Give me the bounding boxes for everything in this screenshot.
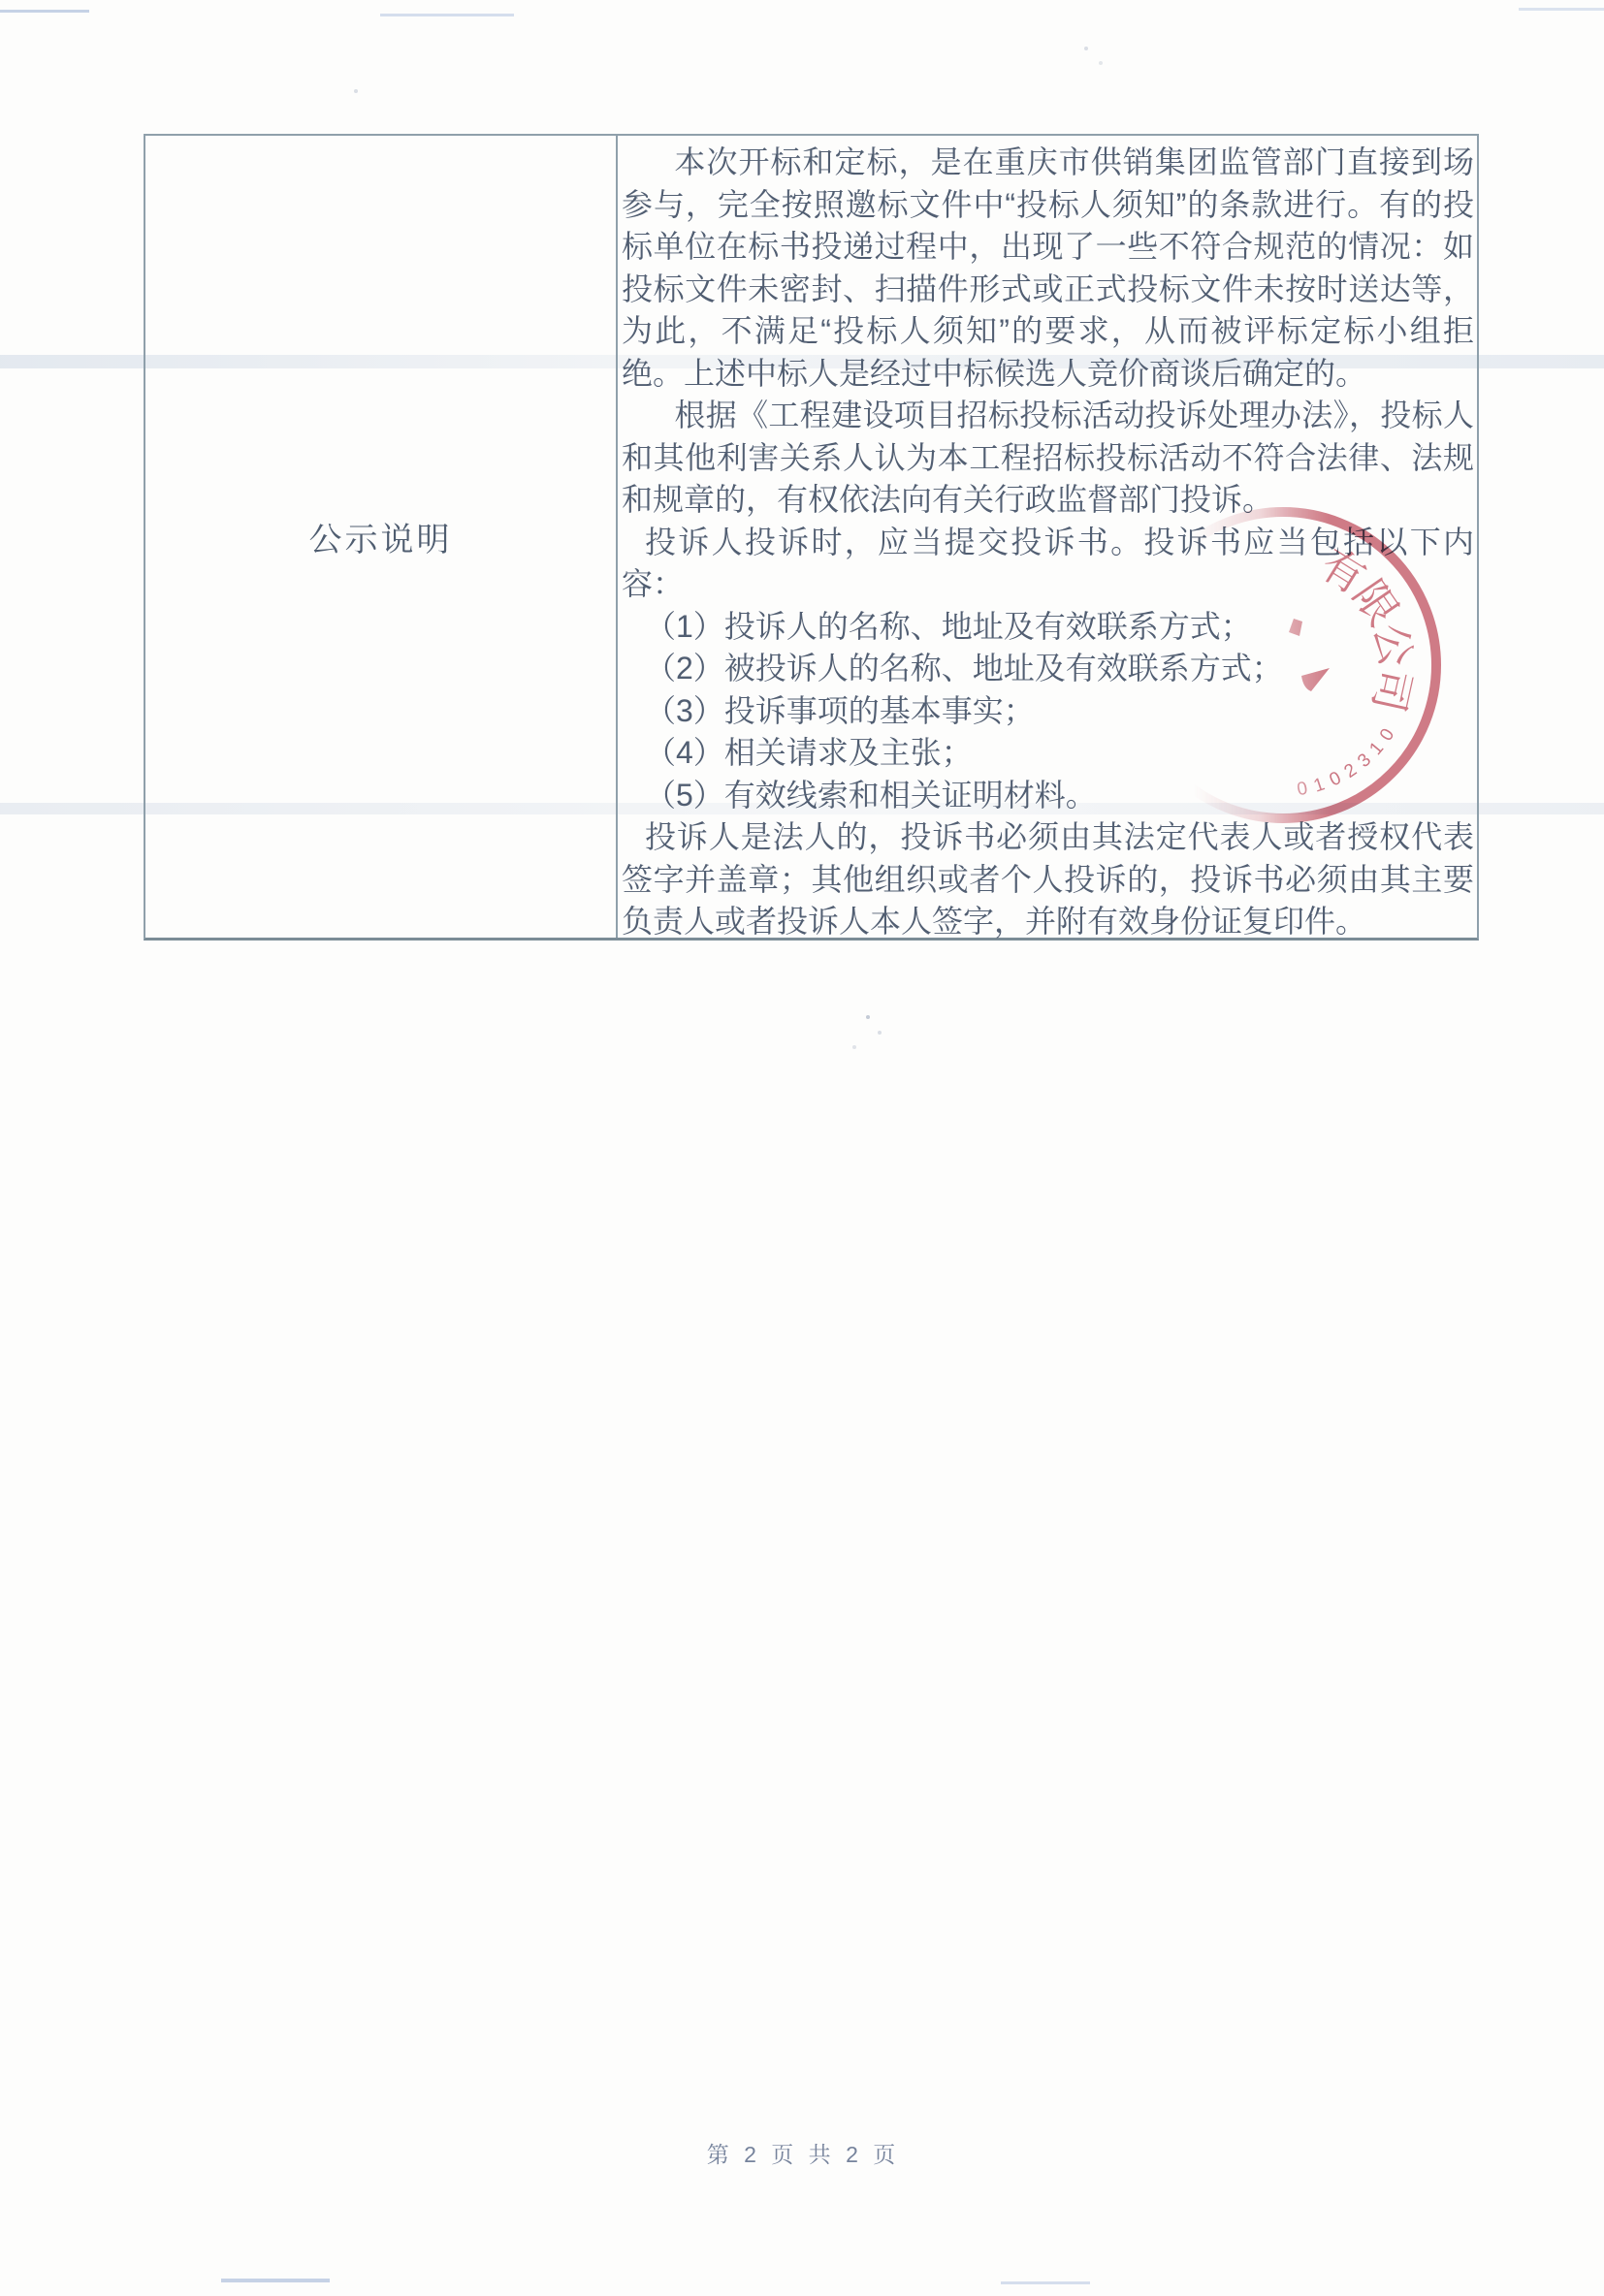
dust-speck xyxy=(1084,47,1088,50)
notice-label: 公示说明 xyxy=(309,513,453,560)
dust-speck xyxy=(1099,61,1103,65)
scan-edge-mark xyxy=(0,10,89,13)
notice-paragraph: 投诉人是法人的，投诉书必须由其法定代表人或者授权代表签字并盖章；其他组织或者个人… xyxy=(622,816,1474,943)
scan-edge-mark xyxy=(221,2279,330,2282)
page-number: 第 2 页 共 2 页 xyxy=(0,2137,1604,2169)
notice-paragraph: 本次开标和定标，是在重庆市供销集团监管部门直接到场参与，完全按照邀标文件中“投标… xyxy=(622,142,1474,395)
notice-table: 公示说明 本次开标和定标，是在重庆市供销集团监管部门直接到场参与，完全按照邀标文… xyxy=(144,134,1479,941)
notice-paragraph: 投诉人投诉时，应当提交投诉书。投诉书应当包括以下内容： xyxy=(622,522,1474,606)
notice-content-cell: 本次开标和定标，是在重庆市供销集团监管部门直接到场参与，完全按照邀标文件中“投标… xyxy=(618,136,1477,938)
scan-edge-mark xyxy=(1001,2281,1090,2284)
dust-speck xyxy=(852,1045,856,1049)
notice-list-item: （2）被投诉人的名称、地址及有效联系方式； xyxy=(622,648,1474,690)
scan-edge-mark xyxy=(380,14,514,16)
notice-list-item: （3）投诉事项的基本事实； xyxy=(622,690,1474,733)
notice-list-item: （5）有效线索和相关证明材料。 xyxy=(622,775,1474,817)
dust-speck xyxy=(878,1031,882,1035)
scan-edge-mark xyxy=(1519,8,1604,11)
notice-list-item: （4）相关请求及主张； xyxy=(622,732,1474,775)
dust-speck xyxy=(354,89,358,93)
notice-label-cell: 公示说明 xyxy=(145,136,618,938)
dust-speck xyxy=(866,1015,870,1019)
notice-paragraph: 根据《工程建设项目招标投标活动投诉处理办法》，投标人和其他利害关系人认为本工程招… xyxy=(622,395,1474,522)
notice-list-item: （1）投诉人的名称、地址及有效联系方式； xyxy=(622,606,1474,649)
